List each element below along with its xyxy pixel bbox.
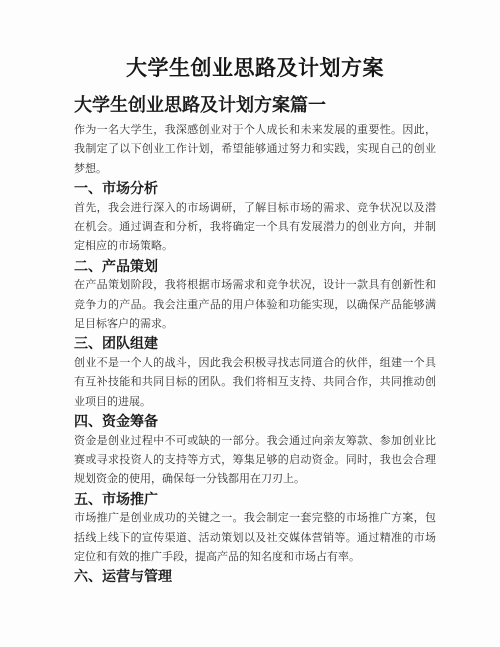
- section-paragraph: 创业不是一个人的战斗，因此我会积极寻找志同道合的伙伴，组建一个具有互补技能和共同…: [74, 354, 436, 412]
- section-team-building: 三、团队组建 创业不是一个人的战斗，因此我会积极寻找志同道合的伙伴，组建一个具有…: [74, 334, 436, 412]
- section-market-analysis: 一、市场分析 首先，我会进行深入的市场调研，了解目标市场的需求、竞争状况以及潜在…: [74, 179, 436, 257]
- section-product-planning: 二、产品策划 在产品策划阶段，我将根据市场需求和竞争状况，设计一款具有创新性和竞…: [74, 257, 436, 335]
- document-subtitle: 大学生创业思路及计划方案篇一: [74, 94, 436, 116]
- section-paragraph: 首先，我会进行深入的市场调研，了解目标市场的需求、竞争状况以及潜在机会。通过调查…: [74, 199, 436, 257]
- section-heading: 四、资金筹备: [74, 412, 436, 431]
- section-heading: 二、产品策划: [74, 257, 436, 276]
- section-operations-management: 六、运营与管理: [74, 567, 436, 586]
- section-fundraising: 四、资金筹备 资金是创业过程中不可或缺的一部分。我会通过向亲友筹款、参加创业比赛…: [74, 412, 436, 490]
- document-title: 大学生创业思路及计划方案: [74, 53, 436, 83]
- section-marketing: 五、市场推广 市场推广是创业成功的关键之一。我会制定一套完整的市场推广方案，包括…: [74, 490, 436, 568]
- intro-paragraph: 作为一名大学生，我深感创业对于个人成长和未来发展的重要性。因此，我制定了以下创业…: [74, 121, 436, 179]
- section-heading: 六、运营与管理: [74, 567, 436, 586]
- section-heading: 一、市场分析: [74, 179, 436, 198]
- section-heading: 五、市场推广: [74, 490, 436, 509]
- section-paragraph: 市场推广是创业成功的关键之一。我会制定一套完整的市场推广方案，包括线上线下的宣传…: [74, 509, 436, 567]
- section-paragraph: 在产品策划阶段，我将根据市场需求和竞争状况，设计一款具有创新性和竞争力的产品。我…: [74, 276, 436, 334]
- document-content: 大学生创业思路及计划方案 大学生创业思路及计划方案篇一 作为一名大学生，我深感创…: [0, 0, 500, 587]
- document-page: 大学生创业思路及计划方案 大学生创业思路及计划方案篇一 作为一名大学生，我深感创…: [0, 0, 500, 647]
- section-heading: 三、团队组建: [74, 334, 436, 353]
- section-paragraph: 资金是创业过程中不可或缺的一部分。我会通过向亲友筹款、参加创业比赛或寻求投资人的…: [74, 432, 436, 490]
